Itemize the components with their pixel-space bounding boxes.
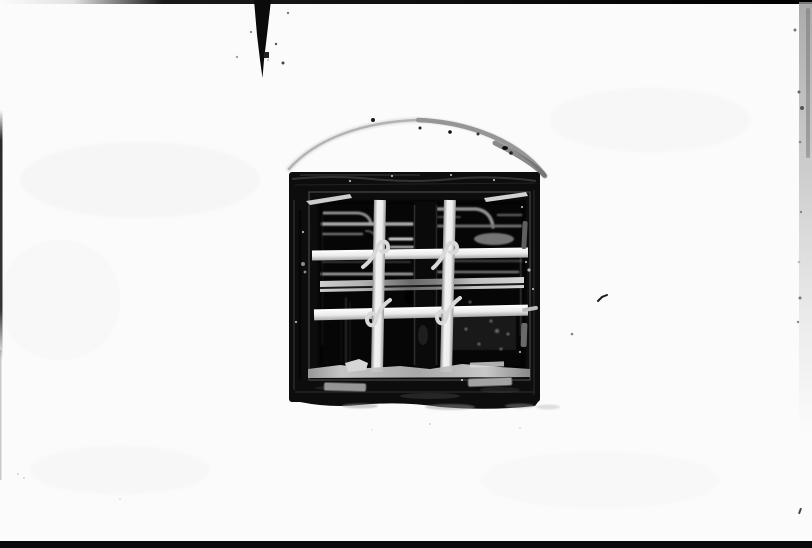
top-border xyxy=(0,0,812,4)
right-latch-lower xyxy=(521,323,528,347)
right-edge-band xyxy=(799,2,812,432)
window xyxy=(289,172,560,410)
left-border-faint xyxy=(0,350,2,480)
right-edge-dark-streak xyxy=(806,8,810,158)
bottom-right-hinge-plate xyxy=(468,377,512,387)
bottom-border xyxy=(0,541,812,548)
photo-canvas xyxy=(0,0,812,548)
left-border xyxy=(0,110,3,360)
bottom-left-hinge-plate xyxy=(324,382,366,391)
photograph xyxy=(0,0,812,548)
